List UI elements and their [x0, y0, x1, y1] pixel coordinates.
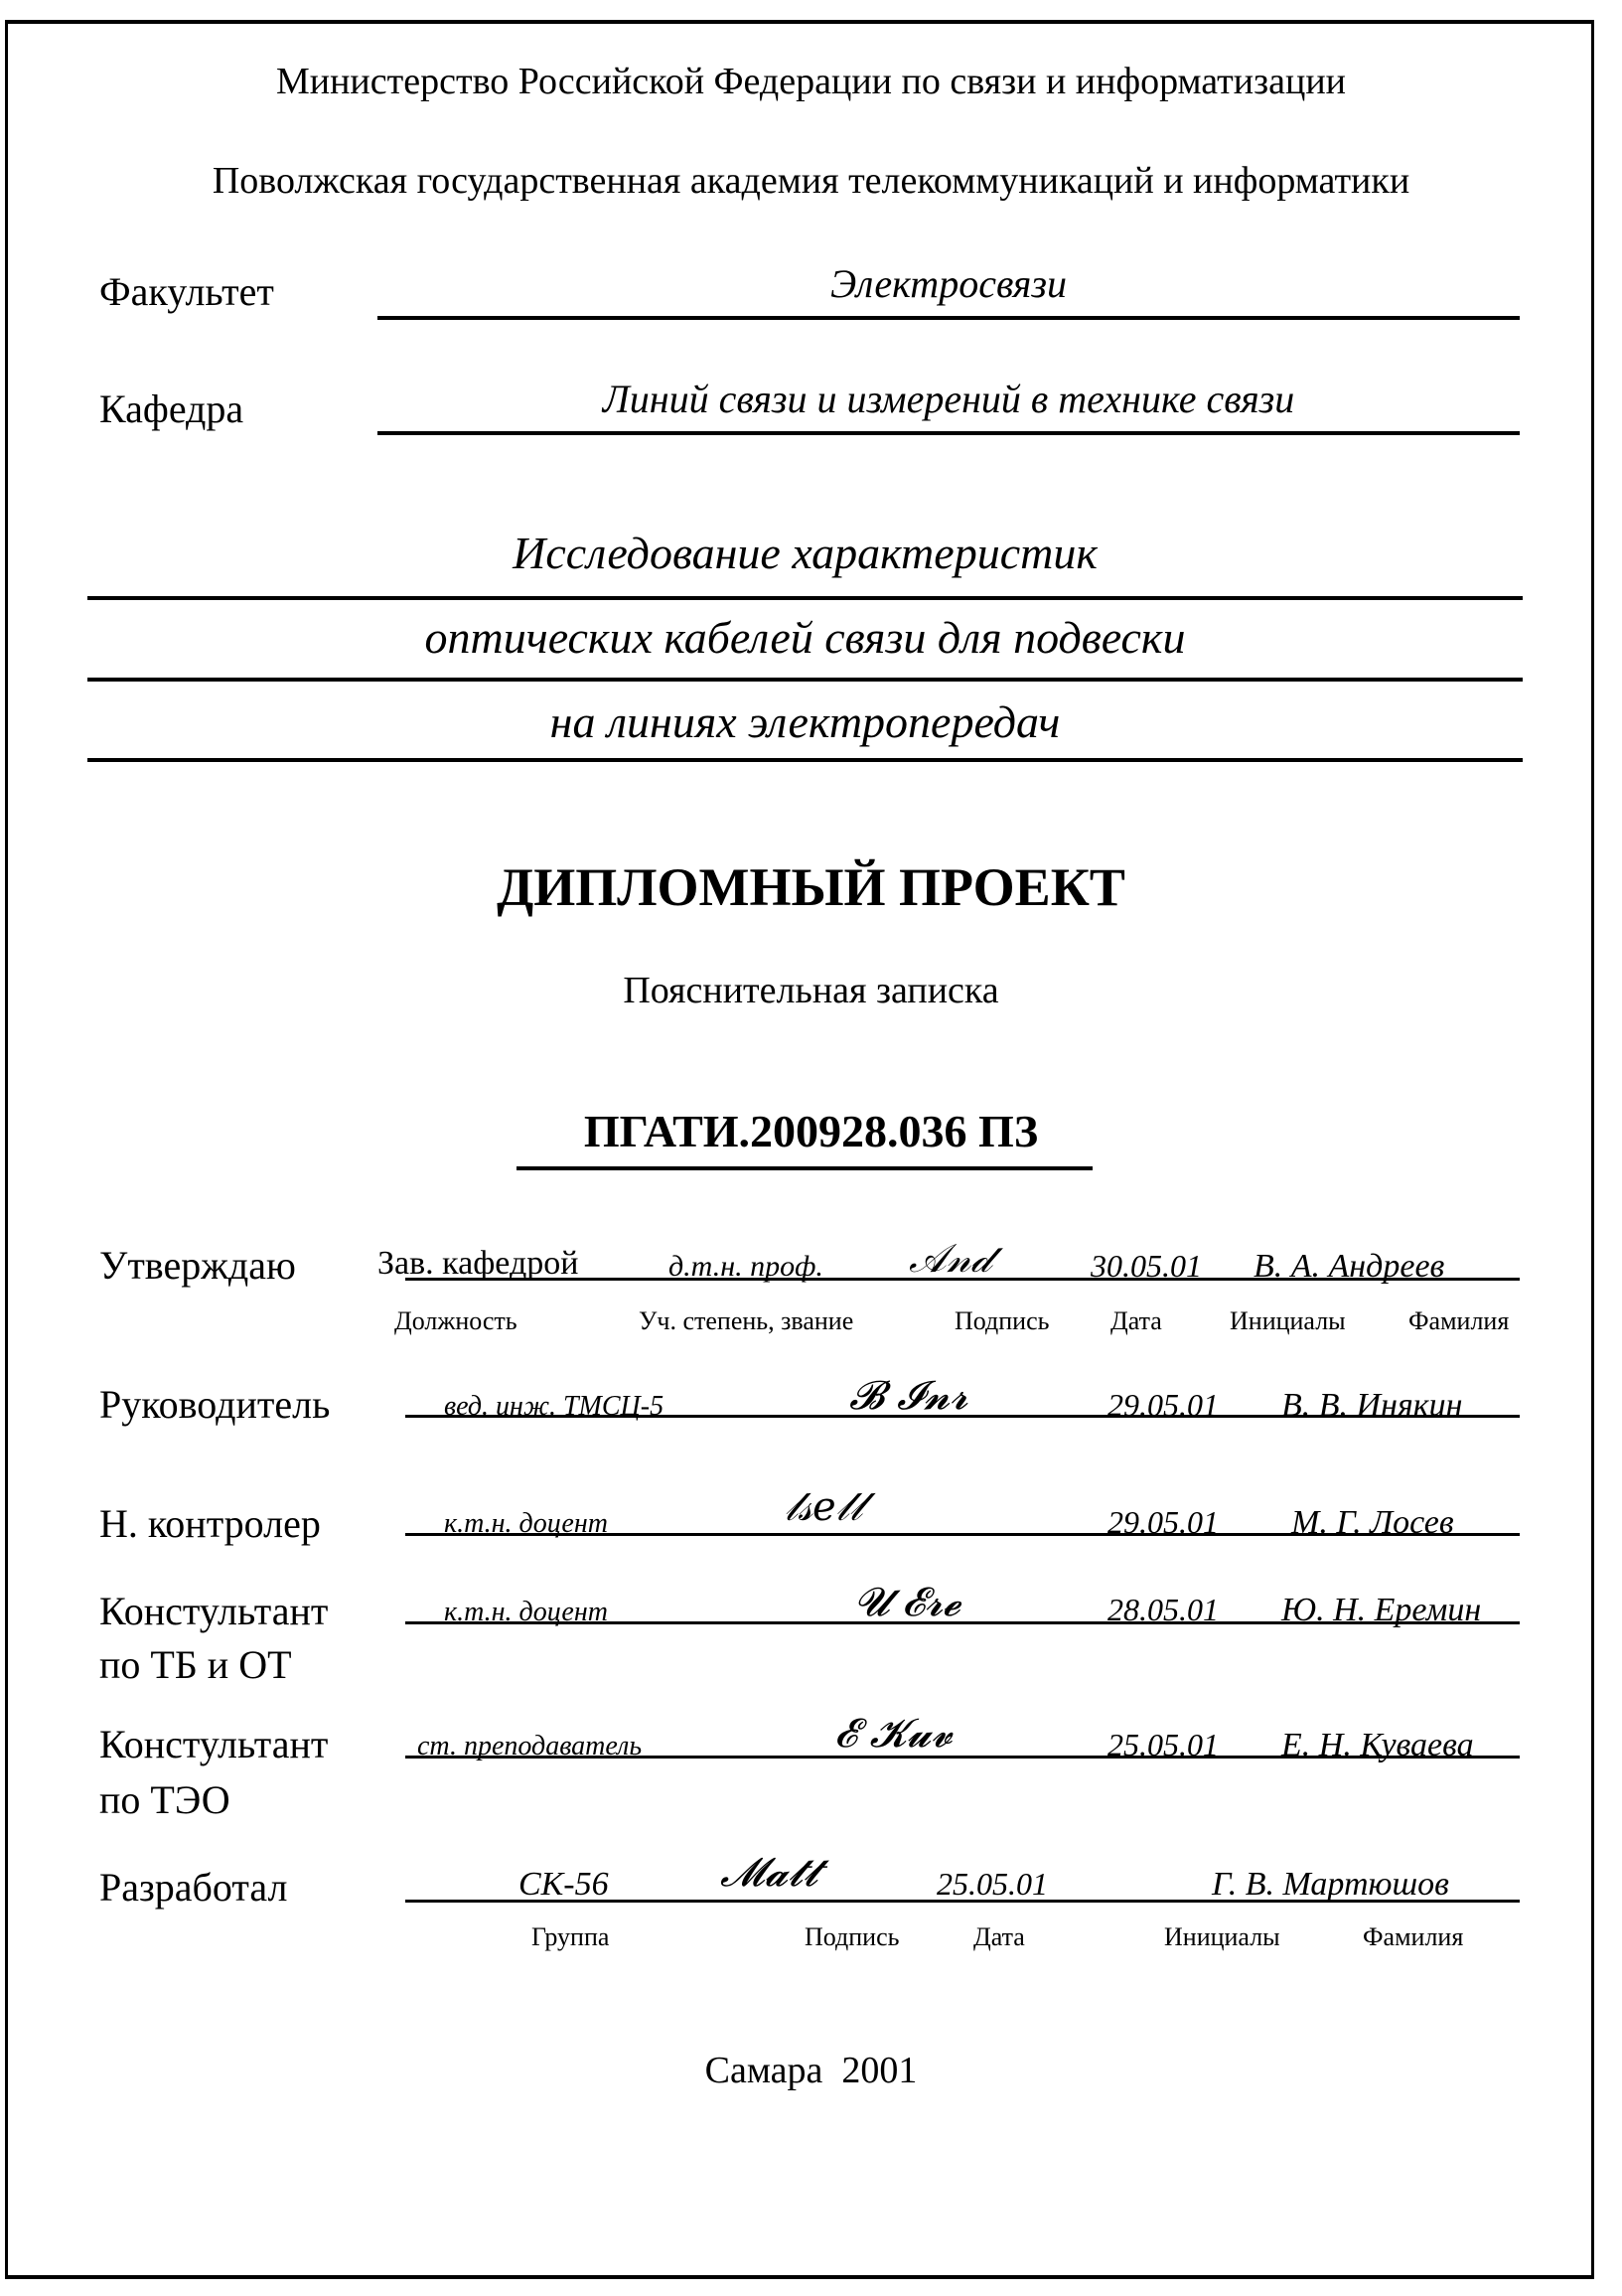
safety-consultant-signature: 𝓤 𝓔𝓻𝓮 — [854, 1580, 960, 1625]
caption-surname: Фамилия — [1408, 1306, 1509, 1336]
caption-dev-date: Дата — [973, 1922, 1025, 1952]
supervisor-label: Руководитель — [99, 1381, 330, 1428]
developer-label: Разработал — [99, 1864, 287, 1911]
supervisor-date: 29.05.01 — [1107, 1387, 1219, 1424]
topic-underline-1 — [87, 596, 1523, 600]
caption-dev-signature: Подпись — [805, 1922, 899, 1952]
document-code: ПГАТИ.200928.036 ПЗ — [0, 1105, 1622, 1157]
developer-name: Г. В. Мартюшов — [1212, 1866, 1449, 1904]
department-value: Линий связи и измерений в технике связи — [377, 376, 1520, 422]
topic-line-2: оптических кабелей связи для подвески — [87, 611, 1523, 664]
document-type: ДИПЛОМНЫЙ ПРОЕКТ — [0, 856, 1622, 918]
developer-underline — [405, 1900, 1520, 1903]
department-label: Кафедра — [99, 385, 243, 432]
academy-heading: Поволжская государственная академия теле… — [0, 159, 1622, 203]
document-code-underline — [516, 1166, 1093, 1170]
caption-date: Дата — [1110, 1306, 1162, 1336]
ministry-heading: Министерство Российской Федерации по свя… — [0, 60, 1622, 103]
norm-controller-underline — [405, 1533, 1520, 1536]
safety-consultant-label: Констультант — [99, 1588, 328, 1634]
economics-consultant-label: Констультант — [99, 1721, 328, 1767]
faculty-label: Факультет — [99, 268, 274, 315]
developer-signature: 𝓜𝓪𝓽𝓽 — [720, 1850, 818, 1896]
caption-group: Группа — [531, 1922, 609, 1952]
caption-dev-initials: Инициалы — [1164, 1922, 1280, 1952]
safety-consultant-label-2: по ТБ и ОТ — [99, 1641, 292, 1688]
topic-line-1: Исследование характеристик — [87, 527, 1523, 579]
supervisor-position: вед. инж. ТМСЦ-5 — [444, 1391, 664, 1423]
faculty-value: Электросвязи — [377, 260, 1520, 307]
topic-underline-3 — [87, 758, 1523, 762]
economics-consultant-underline — [405, 1756, 1520, 1759]
topic-line-3: на линиях электропередач — [87, 695, 1523, 748]
caption-signature: Подпись — [955, 1306, 1049, 1336]
caption-dev-surname: Фамилия — [1363, 1922, 1463, 1952]
supervisor-name: В. В. Инякин — [1281, 1387, 1463, 1425]
supervisor-signature: 𝓑 𝓘𝓷𝓻 — [849, 1373, 968, 1419]
caption-initials: Инициалы — [1230, 1306, 1346, 1336]
approval-underline — [405, 1278, 1520, 1281]
norm-controller-signature: 𝓁𝓈𝑒𝓁𝓁 — [785, 1484, 862, 1530]
faculty-underline — [377, 316, 1520, 320]
norm-controller-name: М. Г. Лосев — [1291, 1504, 1454, 1542]
caption-position: Должность — [394, 1306, 517, 1336]
economics-consultant-signature: 𝓔 𝓚𝓾𝓿 — [834, 1711, 953, 1757]
supervisor-underline — [405, 1415, 1520, 1418]
document-subtype: Пояснительная записка — [0, 969, 1622, 1012]
economics-consultant-name: Е. Н. Куваева — [1281, 1727, 1474, 1764]
topic-underline-2 — [87, 678, 1523, 682]
developer-group: СК-56 — [518, 1866, 609, 1904]
department-underline — [377, 431, 1520, 435]
approval-signature: 𝒜𝓃𝒹 — [909, 1236, 991, 1282]
norm-controller-label: Н. контролер — [99, 1500, 321, 1547]
city-year: Самара 2001 — [0, 2049, 1622, 2092]
economics-consultant-label-2: по ТЭО — [99, 1776, 230, 1823]
safety-consultant-underline — [405, 1621, 1520, 1624]
developer-date: 25.05.01 — [937, 1866, 1048, 1903]
caption-degree: Уч. степень, звание — [639, 1306, 853, 1336]
approval-label: Утверждаю — [99, 1242, 296, 1289]
